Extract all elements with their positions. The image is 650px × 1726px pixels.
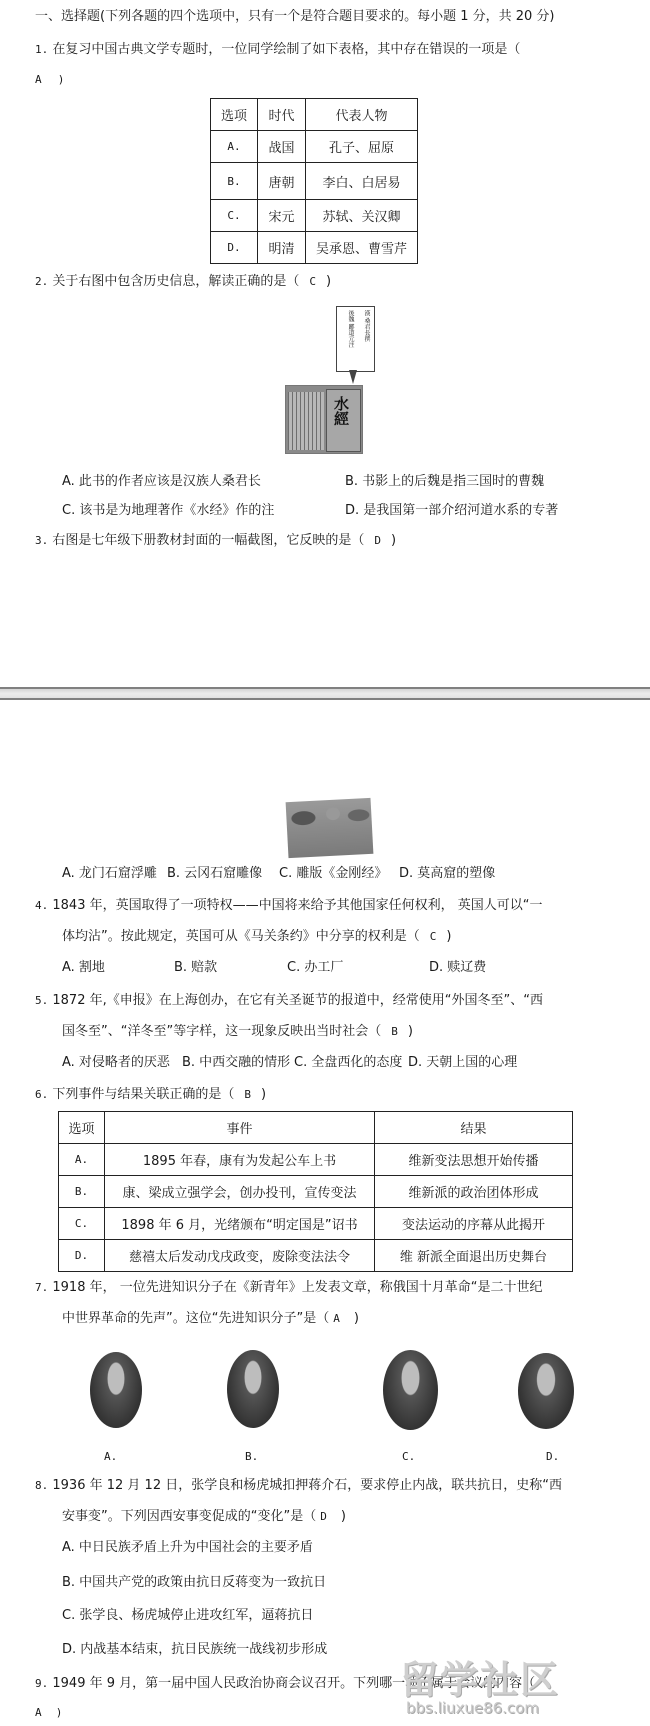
stem-text: 体均沾”。按此规定，英国可从《马关条约》中分享的权利是（ (62, 929, 420, 944)
option-d: D. 天朝上国的心理 (408, 1055, 517, 1071)
question-6-table: 选项 事件 结果 A. 1895 年春，康有为发起公车上书 维新变法思想开始传播… (58, 1111, 573, 1272)
question-1-table: 选项 时代 代表人物 A. 战国 孔子、屈原 B. 唐朝 李白、白居易 C. 宋… (210, 98, 418, 264)
close-paren: ) (354, 1311, 359, 1326)
stem-text: 1918 年， 一位先进知识分子在《新青年》上发表文章，称俄国十月革命“是二十世… (52, 1280, 542, 1295)
question-5-options: A. 对侵略者的厌恶B. 中西交融的情形C. 全盘西化的态度D. 天朝上国的心理 (62, 1055, 517, 1071)
table-header-row: 选项 事件 结果 (59, 1112, 573, 1144)
cell: 苏轼、关汉卿 (306, 200, 418, 232)
answer: C (309, 275, 316, 288)
cell: 宋元 (258, 200, 306, 232)
portrait-label-c: C. (402, 1450, 415, 1463)
question-8-stem-line2: 安事变”。下列因西安事变促成的“变化”是（D) (62, 1509, 346, 1525)
option-c: C. 全盘西化的态度 (294, 1055, 408, 1071)
page-break-divider (0, 687, 650, 700)
portrait-c (383, 1350, 438, 1430)
question-number: 6. (35, 1088, 48, 1101)
option-b: B. 中西交融的情形 (182, 1055, 294, 1071)
cell: A. (59, 1144, 105, 1176)
table-row: B. 康、梁成立强学会，创办投刊，宣传变法 维新派的政治团体形成 (59, 1176, 573, 1208)
question-4-options: A. 割地B. 赔款C. 办工厂D. 赎辽费 (62, 960, 486, 976)
option-c: C. 办工厂 (287, 960, 429, 976)
stem-text: 在复习中国古典文学专题时，一位同学绘制了如下表格，其中存在错误的一项是（ (52, 42, 520, 57)
cell: 维新派的政治团体形成 (375, 1176, 573, 1208)
table-row: A. 1895 年春，康有为发起公车上书 维新变法思想开始传播 (59, 1144, 573, 1176)
answer: B (244, 1088, 251, 1101)
stem-text: 下列事件与结果关联正确的是（ (52, 1087, 234, 1102)
answer: D (374, 534, 381, 547)
option-d: D. 莫高窟的塑像 (399, 866, 495, 882)
stem-text: 中世界革命的先声”。这位“先进知识分子”是（ (62, 1311, 329, 1326)
cell: B. (211, 163, 258, 200)
answer: A (333, 1312, 340, 1325)
question-5-stem-line2: 国冬至”、“洋冬至”等字样，这一现象反映出当时社会（B) (62, 1024, 413, 1040)
table-row: D. 明清 吴承恩、曹雪芹 (211, 232, 418, 264)
portrait-d (518, 1353, 574, 1429)
stem-text: 右图是七年级下册教材封面的一幅截图，它反映的是（ (52, 533, 364, 548)
cell: 1898 年 6 月，光绪颁布“明定国是”诏书 (105, 1208, 375, 1240)
callout-col1: 漢 桑君長撰 (363, 310, 370, 342)
cell: 维 新派全面退出历史舞台 (375, 1240, 573, 1272)
option-b: B. 赔款 (174, 960, 287, 976)
header-cell: 代表人物 (306, 99, 418, 131)
question-4-stem-line2: 体均沾”。按此规定，英国可从《马关条约》中分享的权利是（C) (62, 929, 451, 945)
cell: 变法运动的序幕从此揭开 (375, 1208, 573, 1240)
question-2-option-c: C. 该书是为地理著作《水经》作的注 (62, 503, 274, 519)
table-row: C. 宋元 苏轼、关汉卿 (211, 200, 418, 232)
option-c: C. 雕版《金刚经》 (279, 866, 399, 882)
table-row: A. 战国 孔子、屈原 (211, 131, 418, 163)
cell: 慈禧太后发动戊戌政变，废除变法法令 (105, 1240, 375, 1272)
cell: C. (59, 1208, 105, 1240)
cell: A. (211, 131, 258, 163)
portrait-b (227, 1350, 279, 1428)
question-8-option-b: B. 中国共产党的政策由抗日反蒋变为一致抗日 (62, 1575, 326, 1591)
cell: 战国 (258, 131, 306, 163)
question-number: 3. (35, 534, 48, 547)
stem-text: 1872 年,《申报》在上海创办，在它有关圣诞节的报道中，经常使用“外国冬至”、… (52, 993, 543, 1008)
question-number: 8. (35, 1479, 48, 1492)
watermark-url: bbs.liuxue86.com (406, 1700, 560, 1716)
answer: B (391, 1025, 398, 1038)
option-a: A. 对侵略者的厌恶 (62, 1055, 182, 1071)
option-b: B. 云冈石窟雕像 (167, 866, 279, 882)
option-a: A. 割地 (62, 960, 174, 976)
question-7-stem-line2: 中世界革命的先声”。这位“先进知识分子”是（A) (62, 1311, 359, 1327)
question-8-stem-line1: 8. 1936 年 12 月 12 日，张学良和杨虎城扣押蒋介石，要求停止内战，… (35, 1478, 562, 1494)
cell: B. (59, 1176, 105, 1208)
book-page (288, 392, 324, 450)
callout-pointer-icon (349, 370, 357, 384)
cell: D. (211, 232, 258, 264)
table-row: B. 唐朝 李白、白居易 (211, 163, 418, 200)
question-2-option-b: B. 书影上的后魏是指三国时的曹魏 (345, 474, 544, 490)
option-a: A. 龙门石窟浮雕 (62, 866, 167, 882)
close-paren: ) (391, 533, 396, 548)
header-cell: 选项 (59, 1112, 105, 1144)
stem-text: 国冬至”、“洋冬至”等字样，这一现象反映出当时社会（ (62, 1024, 381, 1039)
question-3-stem: 3. 右图是七年级下册教材封面的一幅截图，它反映的是（D) (35, 533, 396, 549)
portrait-a (90, 1352, 142, 1428)
question-number: 1. (35, 43, 48, 56)
question-number: 7. (35, 1281, 48, 1294)
question-2-option-a: A. 此书的作者应该是汉族人桑君长 (62, 474, 261, 490)
stem-text: 关于右图中包含历史信息，解读正确的是（ (52, 274, 299, 289)
cell: 明清 (258, 232, 306, 264)
portrait-label-a: A. (104, 1450, 117, 1463)
cell: 康、梁成立强学会，创办投刊，宣传变法 (105, 1176, 375, 1208)
table-header-row: 选项 时代 代表人物 (211, 99, 418, 131)
header-cell: 时代 (258, 99, 306, 131)
close-paren: ) (326, 274, 331, 289)
answer: A (35, 1706, 42, 1719)
portrait-label-d: D. (546, 1450, 559, 1463)
question-6-stem: 6. 下列事件与结果关联正确的是（B) (35, 1087, 266, 1103)
close-paren: ) (58, 73, 65, 86)
cell: 维新变法思想开始传播 (375, 1144, 573, 1176)
question-5-stem-line1: 5. 1872 年,《申报》在上海创办，在它有关圣诞节的报道中，经常使用“外国冬… (35, 993, 543, 1009)
option-d: D. 赎辽费 (429, 960, 486, 976)
site-watermark: 留学社区 bbs.liuxue86.com (400, 1660, 560, 1716)
close-paren: ) (341, 1509, 346, 1524)
close-paren: ) (56, 1706, 63, 1719)
close-paren: ) (446, 929, 451, 944)
question-number: 5. (35, 994, 48, 1007)
section-header: 一、选择题(下列各题的四个选项中，只有一个是符合题目要求的。每小题 1 分，共 … (35, 9, 555, 25)
cell: 1895 年春，康有为发起公车上书 (105, 1144, 375, 1176)
callout-col2: 後魏 酈道元注 (347, 310, 354, 348)
question-7-stem-line1: 7. 1918 年， 一位先进知识分子在《新青年》上发表文章，称俄国十月革命“是… (35, 1280, 542, 1296)
header-cell: 事件 (105, 1112, 375, 1144)
stem-text: 安事变”。下列因西安事变促成的“变化”是（ (62, 1509, 316, 1524)
book-title: 水經 (332, 396, 349, 426)
table-row: D. 慈禧太后发动戊戌政变，废除变法法令 维 新派全面退出历史舞台 (59, 1240, 573, 1272)
cell: D. (59, 1240, 105, 1272)
question-8-option-a: A. 中日民族矛盾上升为中国社会的主要矛盾 (62, 1540, 313, 1556)
stem-text: 1936 年 12 月 12 日，张学良和杨虎城扣押蒋介石，要求停止内战，联共抗… (52, 1478, 562, 1493)
cell: C. (211, 200, 258, 232)
watermark-logo-text: 留学社区 (400, 1660, 560, 1700)
question-number: 4. (35, 899, 48, 912)
question-2-stem: 2. 关于右图中包含历史信息，解读正确的是（C) (35, 274, 331, 290)
portrait-label-b: B. (245, 1450, 258, 1463)
cell: 唐朝 (258, 163, 306, 200)
close-paren: ) (261, 1087, 266, 1102)
answer: D (320, 1510, 327, 1523)
stem-text: 1843 年，英国取得了一项特权——中国将来给予其他国家任何权利， 英国人可以“… (52, 898, 542, 913)
book-callout-label: 漢 桑君長撰 後魏 酈道元注 (336, 306, 375, 372)
question-9-answer-line: A ) (35, 1705, 62, 1721)
cell: 吴承恩、曹雪芹 (306, 232, 418, 264)
question-1-stem: 1. 在复习中国古典文学专题时，一位同学绘制了如下表格，其中存在错误的一项是（ (35, 42, 520, 58)
answer: A (35, 73, 42, 86)
question-3-options: A. 龙门石窟浮雕B. 云冈石窟雕像C. 雕版《金刚经》D. 莫高窟的塑像 (62, 866, 495, 882)
question-number: 2. (35, 275, 48, 288)
header-cell: 选项 (211, 99, 258, 131)
answer: C (430, 930, 437, 943)
table-row: C. 1898 年 6 月，光绪颁布“明定国是”诏书 变法运动的序幕从此揭开 (59, 1208, 573, 1240)
shuijing-book-image: 水經 (285, 385, 363, 454)
cell: 李白、白居易 (306, 163, 418, 200)
question-number: 9. (35, 1677, 48, 1690)
cell: 孔子、屈原 (306, 131, 418, 163)
question-2-option-d: D. 是我国第一部介绍河道水系的专著 (345, 503, 558, 519)
question-8-option-c: C. 张学良、杨虎城停止进攻红军，逼蒋抗日 (62, 1608, 313, 1624)
header-cell: 结果 (375, 1112, 573, 1144)
grotto-sculpture-image (286, 798, 374, 858)
close-paren: ) (408, 1024, 413, 1039)
question-4-stem-line1: 4. 1843 年，英国取得了一项特权——中国将来给予其他国家任何权利， 英国人… (35, 898, 542, 914)
question-1-answer-line: A ) (35, 72, 64, 88)
question-8-option-d: D. 内战基本结束，抗日民族统一战线初步形成 (62, 1642, 327, 1658)
